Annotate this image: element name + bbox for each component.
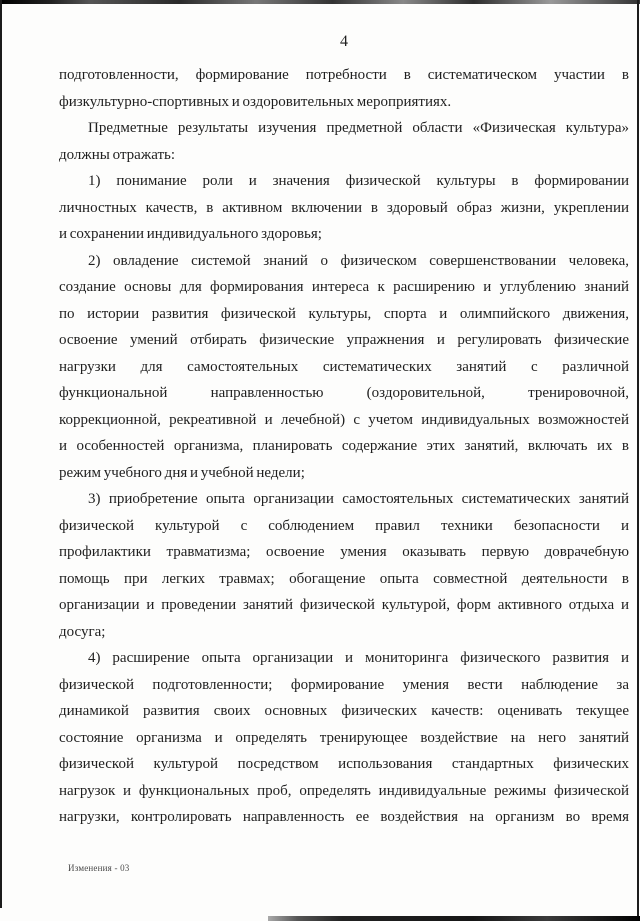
- scan-artifact-top-edge: [0, 0, 640, 4]
- scan-border-left: [0, 0, 2, 908]
- text-line: коррекционной, рекреативной и лечебной) …: [59, 407, 629, 434]
- text-line: 2) овладение системой знаний о физическо…: [59, 248, 629, 275]
- paragraph: подготовленности, формирование потребнос…: [59, 62, 629, 115]
- text-line: организации и проведении занятий физичес…: [59, 592, 629, 619]
- text-line: профилактики травматизма; освоение умени…: [59, 539, 629, 566]
- footer-revision-label: Изменения - 03: [68, 863, 130, 873]
- text-line: режим учебного дня и учебной недели;: [59, 460, 629, 487]
- text-line: функциональной направленностью (оздорови…: [59, 380, 629, 407]
- paragraph: 3) приобретение опыта организации самост…: [59, 486, 629, 645]
- text-line: подготовленности, формирование потребнос…: [59, 62, 629, 89]
- text-line: динамикой развития своих основных физиче…: [59, 698, 629, 725]
- text-line: личностных качеств, в активном включении…: [59, 195, 629, 222]
- scan-artifact-bottom-edge: [268, 916, 640, 921]
- text-line: помощь при легких травмах; обогащение оп…: [59, 566, 629, 593]
- text-line: физической культурой с соблюдением прави…: [59, 513, 629, 540]
- text-line: нагрузки, контролировать направленность …: [59, 804, 629, 831]
- text-line: физкультурно-спортивных и оздоровительны…: [59, 89, 629, 116]
- text-line: освоение умений отбирать физические упра…: [59, 327, 629, 354]
- scanned-document-page: 4 подготовленности, формирование потребн…: [0, 0, 640, 921]
- text-line: состояние организма и определять трениру…: [59, 725, 629, 752]
- text-line: и особенностей организма, планировать со…: [59, 433, 629, 460]
- text-line: по истории развития физической культуры,…: [59, 301, 629, 328]
- text-line: физической подготовленности; формировани…: [59, 672, 629, 699]
- text-line: нагрузок и функциональных проб, определя…: [59, 778, 629, 805]
- text-line: нагрузки для самостоятельных систематиче…: [59, 354, 629, 381]
- paragraph: 1) понимание роли и значения физической …: [59, 168, 629, 248]
- text-line: 3) приобретение опыта организации самост…: [59, 486, 629, 513]
- text-line: создание основы для формирования интерес…: [59, 274, 629, 301]
- paragraph: 2) овладение системой знаний о физическо…: [59, 248, 629, 487]
- text-line: должны отражать:: [59, 142, 629, 169]
- document-body: подготовленности, формирование потребнос…: [59, 62, 629, 831]
- text-line: и сохранении индивидуального здоровья;: [59, 221, 629, 248]
- text-line: досуга;: [59, 619, 629, 646]
- text-line: 4) расширение опыта организации и монито…: [59, 645, 629, 672]
- paragraph: 4) расширение опыта организации и монито…: [59, 645, 629, 831]
- text-line: Предметные результаты изучения предметно…: [59, 115, 629, 142]
- text-line: 1) понимание роли и значения физической …: [59, 168, 629, 195]
- scan-border-right: [637, 0, 639, 921]
- page-number: 4: [59, 33, 629, 51]
- text-line: физической культурой посредством использ…: [59, 751, 629, 778]
- paragraph: Предметные результаты изучения предметно…: [59, 115, 629, 168]
